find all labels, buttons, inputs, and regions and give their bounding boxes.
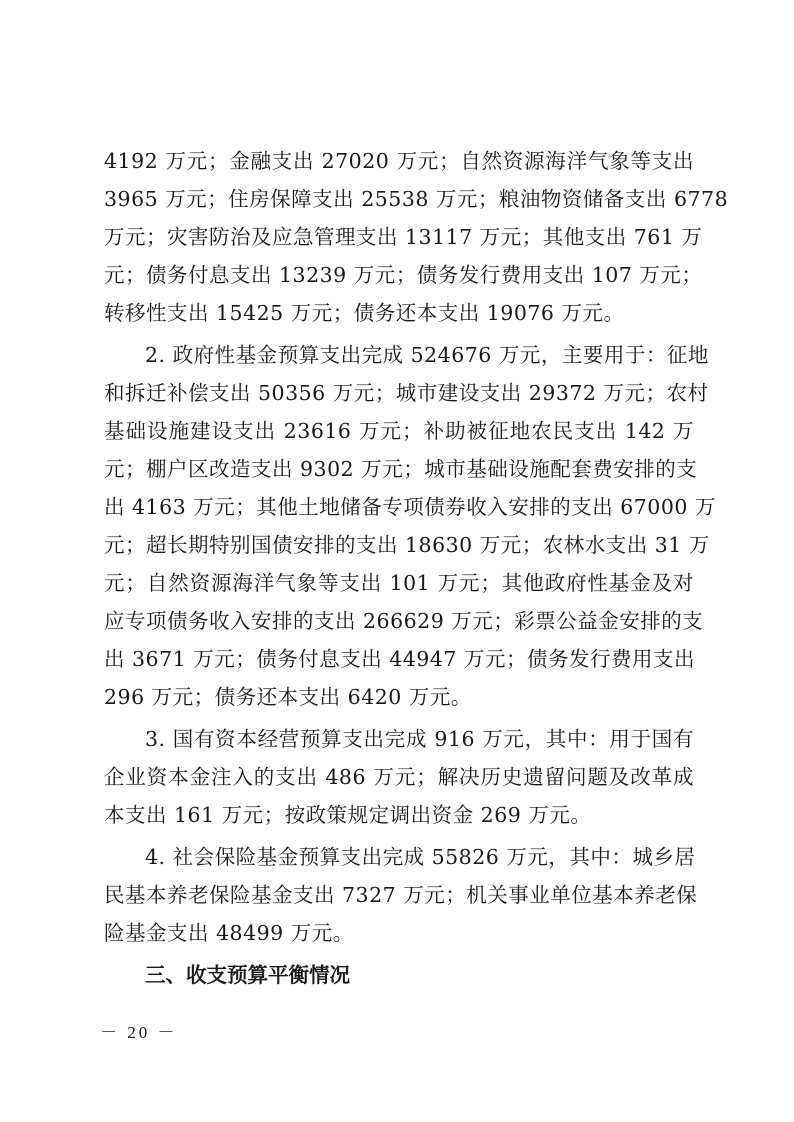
text-line: 2. 政府性基金预算支出完成 524676 万元，主要用于：征地 [104,336,694,374]
document-body: 4192 万元；金融支出 27020 万元；自然资源海洋气象等支出 3965 万… [104,142,694,994]
page-number: － 20 － [100,1018,178,1043]
text-line: 296 万元；债务还本支出 6420 万元。 [104,678,694,716]
text-line: 出 3671 万元；债务付息支出 44947 万元；债务发行费用支出 [104,640,694,678]
text-line: 民基本养老保险基金支出 7327 万元；机关事业单位基本养老保 [104,876,694,914]
text-line: 企业资本金注入的支出 486 万元；解决历史遗留问题及改革成 [104,758,694,796]
paragraph-social-insurance-budget: 4. 社会保险基金预算支出完成 55826 万元，其中：城乡居 民基本养老保险基… [104,838,694,952]
text-line: 元；超长期特别国债安排的支出 18630 万元；农林水支出 31 万 [104,526,694,564]
text-line: 转移性支出 15425 万元；债务还本支出 19076 万元。 [104,294,694,332]
text-line: 3. 国有资本经营预算支出完成 916 万元，其中：用于国有 [104,720,694,758]
text-line: 和拆迁补偿支出 50356 万元；城市建设支出 29372 万元；农村 [104,374,694,412]
paragraph-general-budget-continued: 4192 万元；金融支出 27020 万元；自然资源海洋气象等支出 3965 万… [104,142,694,332]
text-line: 应专项债务收入安排的支出 266629 万元；彩票公益金安排的支 [104,602,694,640]
text-line: 元；自然资源海洋气象等支出 101 万元；其他政府性基金及对 [104,564,694,602]
text-line: 本支出 161 万元；按政策规定调出资金 269 万元。 [104,796,694,834]
paragraph-state-capital-budget: 3. 国有资本经营预算支出完成 916 万元，其中：用于国有 企业资本金注入的支… [104,720,694,834]
text-line: 4192 万元；金融支出 27020 万元；自然资源海洋气象等支出 [104,142,694,180]
text-line: 3965 万元；住房保障支出 25538 万元；粮油物资储备支出 6778 [104,180,694,218]
text-line: 元；债务付息支出 13239 万元；债务发行费用支出 107 万元； [104,256,694,294]
section-heading: 三、收支预算平衡情况 [104,956,694,994]
text-line: 基础设施建设支出 23616 万元；补助被征地农民支出 142 万 [104,412,694,450]
paragraph-gov-fund-budget: 2. 政府性基金预算支出完成 524676 万元，主要用于：征地 和拆迁补偿支出… [104,336,694,716]
text-line: 险基金支出 48499 万元。 [104,914,694,952]
text-line: 万元；灾害防治及应急管理支出 13117 万元；其他支出 761 万 [104,218,694,256]
text-line: 出 4163 万元；其他土地储备专项债券收入安排的支出 67000 万 [104,488,694,526]
text-line: 元；棚户区改造支出 9302 万元；城市基础设施配套费安排的支 [104,450,694,488]
text-line: 4. 社会保险基金预算支出完成 55826 万元，其中：城乡居 [104,838,694,876]
